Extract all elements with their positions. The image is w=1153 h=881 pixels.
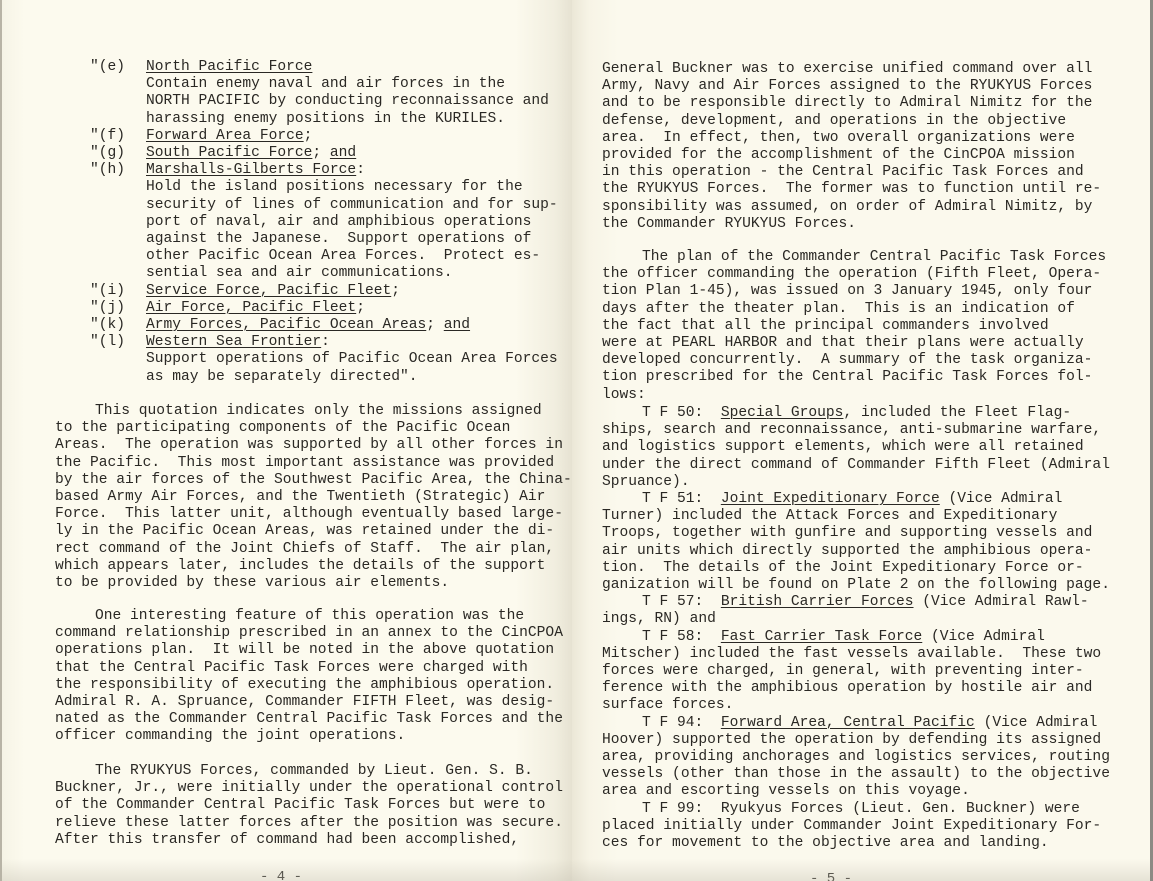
paragraph-line: officer commanding the joint operations. bbox=[55, 728, 563, 745]
task-force-heading: T F 50: Special Groups, included the Fle… bbox=[602, 405, 1110, 422]
paragraph-line: the responsibility of executing the amph… bbox=[55, 677, 563, 694]
paragraph-line: based Army Air Forces, and the Twentieth… bbox=[55, 489, 572, 506]
task-force-line: Mitscher) included the fast vessels avai… bbox=[602, 646, 1110, 663]
document-spread: "(e)North Pacific ForceContain enemy nav… bbox=[0, 0, 1153, 881]
list-item-body: Forward Area Force; bbox=[146, 128, 312, 145]
paragraph-line: The RYUKYUS Forces, commanded by Lieut. … bbox=[55, 763, 563, 780]
paragraph-line: to the participating components of the P… bbox=[55, 420, 572, 437]
list-item-suffix: ; bbox=[426, 317, 444, 333]
page-4: "(e)North Pacific ForceContain enemy nav… bbox=[0, 0, 572, 881]
list-item-body: Service Force, Pacific Fleet; bbox=[146, 283, 400, 300]
list-item-body: Air Force, Pacific Fleet; bbox=[146, 300, 365, 317]
list-item: "(j)Air Force, Pacific Fleet; bbox=[90, 300, 558, 317]
list-item-suffix: ; bbox=[312, 145, 330, 161]
task-force-heading: T F 58: Fast Carrier Task Force (Vice Ad… bbox=[602, 629, 1110, 646]
list-item-suffix: ; bbox=[356, 300, 365, 316]
task-force-line: Spruance). bbox=[602, 474, 1110, 491]
list-item-title: Forward Area Force bbox=[146, 128, 304, 144]
task-force-id: T F 94: bbox=[642, 715, 721, 731]
task-force-line: ings, RN) and bbox=[602, 611, 1110, 628]
paragraph-line: the fact that all the principal commande… bbox=[602, 318, 1106, 335]
paragraph-line: that the Central Pacific Task Forces wer… bbox=[55, 660, 563, 677]
task-force-list: T F 50: Special Groups, included the Fle… bbox=[602, 405, 1110, 852]
paragraph-line: which appears later, includes the detail… bbox=[55, 558, 572, 575]
paragraph-line: of the Commander Central Pacific Task Fo… bbox=[55, 797, 563, 814]
list-item-label: "(h) bbox=[90, 162, 146, 282]
task-force-line: and logistics support elements, which we… bbox=[602, 439, 1110, 456]
task-force-line: ships, search and reconnaissance, anti-s… bbox=[602, 422, 1110, 439]
paragraph-line: tion Plan 1-45), was issued on 3 January… bbox=[602, 283, 1106, 300]
list-item-body: South Pacific Force; and bbox=[146, 145, 356, 162]
page-number: - 5 - bbox=[810, 871, 852, 881]
task-force-description: (Vice Admiral bbox=[975, 715, 1098, 731]
list-item-suffix: and bbox=[444, 317, 470, 333]
list-item: "(g)South Pacific Force; and bbox=[90, 145, 558, 162]
paragraph-line: to be provided by these various air elem… bbox=[55, 575, 572, 592]
task-force-line: placed initially under Commander Joint E… bbox=[602, 818, 1110, 835]
list-item-label: "(k) bbox=[90, 317, 146, 334]
task-force-name: Fast Carrier Task Force bbox=[721, 629, 922, 645]
paragraph-line: and to be responsible directly to Admira… bbox=[602, 95, 1101, 112]
paragraph-line: the Pacific. This most important assista… bbox=[55, 455, 572, 472]
task-force-description: (Vice Admiral bbox=[922, 629, 1045, 645]
list-item-title: Air Force, Pacific Fleet bbox=[146, 300, 356, 316]
list-item-description-line: Support operations of Pacific Ocean Area… bbox=[146, 351, 558, 368]
list-item-title: Western Sea Frontier bbox=[146, 334, 321, 350]
paragraph-line: the officer commanding the operation (Fi… bbox=[602, 266, 1106, 283]
list-item-body: Marshalls-Gilberts Force:Hold the island… bbox=[146, 162, 558, 282]
task-force-line: tion. The details of the Joint Expeditio… bbox=[602, 560, 1110, 577]
paragraph-line: command relationship prescribed in an an… bbox=[55, 625, 563, 642]
paragraph-line: ly in the Pacific Ocean Areas, was retai… bbox=[55, 523, 572, 540]
paragraph-line: by the air forces of the Southwest Pacif… bbox=[55, 472, 572, 489]
task-force-line: ces for movement to the objective area a… bbox=[602, 835, 1110, 852]
paragraph-line: tion prescribed for the Central Pacific … bbox=[602, 369, 1106, 386]
task-force-id: T F 99: bbox=[642, 801, 721, 817]
paragraph-line: Buckner, Jr., were initially under the o… bbox=[55, 780, 563, 797]
task-force-name: Special Groups bbox=[721, 405, 844, 421]
task-force-heading: T F 51: Joint Expeditionary Force (Vice … bbox=[602, 491, 1110, 508]
task-force-line: vessels (other than those in the assault… bbox=[602, 766, 1110, 783]
list-item-label: "(j) bbox=[90, 300, 146, 317]
ryukyus-forces-paragraph: The RYUKYUS Forces, commanded by Lieut. … bbox=[55, 763, 563, 849]
list-item-description-line: sential sea and air communications. bbox=[146, 265, 558, 282]
page-number: - 4 - bbox=[260, 869, 302, 881]
task-force-id: T F 57: bbox=[642, 594, 721, 610]
paragraph-line: After this transfer of command had been … bbox=[55, 832, 563, 849]
task-force-id: T F 51: bbox=[642, 491, 721, 507]
paragraph-line: were at PEARL HARBOR and that their plan… bbox=[602, 335, 1106, 352]
list-item-description-line: harassing enemy positions in the KURILES… bbox=[146, 111, 549, 128]
paragraph-line: General Buckner was to exercise unified … bbox=[602, 61, 1101, 78]
list-item-label: "(l) bbox=[90, 334, 146, 386]
list-item: "(h)Marshalls-Gilberts Force:Hold the is… bbox=[90, 162, 558, 282]
task-force-heading: T F 57: British Carrier Forces (Vice Adm… bbox=[602, 594, 1110, 611]
list-item-label: "(e) bbox=[90, 59, 146, 128]
task-force-line: forces were charged, in general, with pr… bbox=[602, 663, 1110, 680]
task-force-line: under the direct command of Commander Fi… bbox=[602, 457, 1110, 474]
paragraph-line: in this operation - the Central Pacific … bbox=[602, 164, 1101, 181]
list-item-body: Army Forces, Pacific Ocean Areas; and bbox=[146, 317, 470, 334]
paragraph-line: relieve these latter forces after the po… bbox=[55, 815, 563, 832]
paragraph-line: Areas. The operation was supported by al… bbox=[55, 437, 572, 454]
list-item: "(f)Forward Area Force; bbox=[90, 128, 558, 145]
task-force-description: Ryukyus Forces (Lieut. Gen. Buckner) wer… bbox=[721, 801, 1080, 817]
list-item-description-line: NORTH PACIFIC by conducting reconnaissan… bbox=[146, 93, 549, 110]
paragraph-line: sponsibility was assumed, on order of Ad… bbox=[602, 199, 1101, 216]
list-item: "(e)North Pacific ForceContain enemy nav… bbox=[90, 59, 558, 128]
list-item-label: "(f) bbox=[90, 128, 146, 145]
task-force-heading: T F 99: Ryukyus Forces (Lieut. Gen. Buck… bbox=[602, 801, 1110, 818]
list-item-title: Army Forces, Pacific Ocean Areas bbox=[146, 317, 426, 333]
list-item-title: Service Force, Pacific Fleet bbox=[146, 283, 391, 299]
task-force-name: Joint Expeditionary Force bbox=[721, 491, 940, 507]
paragraph-line: nated as the Commander Central Pacific T… bbox=[55, 711, 563, 728]
fifth-fleet-plan-paragraph: The plan of the Commander Central Pacifi… bbox=[602, 249, 1106, 404]
task-force-line: Turner) included the Attack Forces and E… bbox=[602, 508, 1110, 525]
task-force-name: British Carrier Forces bbox=[721, 594, 914, 610]
list-item-suffix: : bbox=[356, 162, 365, 178]
paragraph-line: Admiral R. A. Spruance, Commander FIFTH … bbox=[55, 694, 563, 711]
task-force-line: ference with the amphibious operation by… bbox=[602, 680, 1110, 697]
list-item-description-line: against the Japanese. Support operations… bbox=[146, 231, 558, 248]
list-item-description-line: as may be separately directed". bbox=[146, 369, 558, 386]
task-force-id: T F 58: bbox=[642, 629, 721, 645]
paragraph-line: operations plan. It will be noted in the… bbox=[55, 642, 563, 659]
unified-command-paragraph: General Buckner was to exercise unified … bbox=[602, 61, 1101, 233]
list-item-suffix: : bbox=[321, 334, 330, 350]
page-5: General Buckner was to exercise unified … bbox=[572, 0, 1153, 881]
paragraph-line: Force. This latter unit, although eventu… bbox=[55, 506, 572, 523]
list-item-description-line: security of lines of communication and f… bbox=[146, 197, 558, 214]
paragraph-line: rect command of the Joint Chiefs of Staf… bbox=[55, 541, 572, 558]
task-force-line: area, providing anchorages and logistics… bbox=[602, 749, 1110, 766]
paragraph-line: developed concurrently. A summary of the… bbox=[602, 352, 1106, 369]
task-force-line: surface forces. bbox=[602, 697, 1110, 714]
paragraph-line: defense, development, and operations in … bbox=[602, 113, 1101, 130]
list-item-body: North Pacific ForceContain enemy naval a… bbox=[146, 59, 549, 128]
list-item-title: Marshalls-Gilberts Force bbox=[146, 162, 356, 178]
list-item-suffix: ; bbox=[391, 283, 400, 299]
missions-list: "(e)North Pacific ForceContain enemy nav… bbox=[90, 59, 558, 386]
quotation-paragraph: This quotation indicates only the missio… bbox=[55, 403, 572, 592]
paragraph-line: area. In effect, then, two overall organ… bbox=[602, 130, 1101, 147]
task-force-description: (Vice Admiral Rawl- bbox=[914, 594, 1089, 610]
list-item: "(k)Army Forces, Pacific Ocean Areas; an… bbox=[90, 317, 558, 334]
list-item-label: "(i) bbox=[90, 283, 146, 300]
task-force-id: T F 50: bbox=[642, 405, 721, 421]
list-item-description-line: Hold the island positions necessary for … bbox=[146, 179, 558, 196]
task-force-name: Forward Area, Central Pacific bbox=[721, 715, 975, 731]
paragraph-line: the RYUKYUS Forces. The former was to fu… bbox=[602, 181, 1101, 198]
paragraph-line: One interesting feature of this operatio… bbox=[55, 608, 563, 625]
command-relationship-paragraph: One interesting feature of this operatio… bbox=[55, 608, 563, 746]
list-item-suffix: and bbox=[330, 145, 356, 161]
task-force-description: , included the Fleet Flag- bbox=[843, 405, 1071, 421]
task-force-line: Hoover) supported the operation by defen… bbox=[602, 732, 1110, 749]
task-force-line: Troops, together with gunfire and suppor… bbox=[602, 525, 1110, 542]
task-force-line: area and escorting vessels on this voyag… bbox=[602, 783, 1110, 800]
task-force-line: ganization will be found on Plate 2 on t… bbox=[602, 577, 1110, 594]
list-item-label: "(g) bbox=[90, 145, 146, 162]
paragraph-line: The plan of the Commander Central Pacifi… bbox=[602, 249, 1106, 266]
paragraph-line: days after the theater plan. This is an … bbox=[602, 301, 1106, 318]
paragraph-line: provided for the accomplishment of the C… bbox=[602, 147, 1101, 164]
task-force-description: (Vice Admiral bbox=[940, 491, 1063, 507]
paragraph-line: the Commander RYUKYUS Forces. bbox=[602, 216, 1101, 233]
list-item: "(l)Western Sea Frontier:Support operati… bbox=[90, 334, 558, 386]
paragraph-line: Army, Navy and Air Forces assigned to th… bbox=[602, 78, 1101, 95]
task-force-heading: T F 94: Forward Area, Central Pacific (V… bbox=[602, 715, 1110, 732]
list-item-title: North Pacific Force bbox=[146, 59, 312, 75]
paragraph-line: This quotation indicates only the missio… bbox=[55, 403, 572, 420]
list-item-body: Western Sea Frontier:Support operations … bbox=[146, 334, 558, 386]
list-item-description-line: Contain enemy naval and air forces in th… bbox=[146, 76, 549, 93]
list-item-description-line: port of naval, air and amphibious operat… bbox=[146, 214, 558, 231]
task-force-line: air units which directly supported the a… bbox=[602, 543, 1110, 560]
list-item-suffix: ; bbox=[304, 128, 313, 144]
paragraph-line: lows: bbox=[602, 387, 1106, 404]
list-item: "(i)Service Force, Pacific Fleet; bbox=[90, 283, 558, 300]
list-item-description-line: other Pacific Ocean Area Forces. Protect… bbox=[146, 248, 558, 265]
list-item-title: South Pacific Force bbox=[146, 145, 312, 161]
